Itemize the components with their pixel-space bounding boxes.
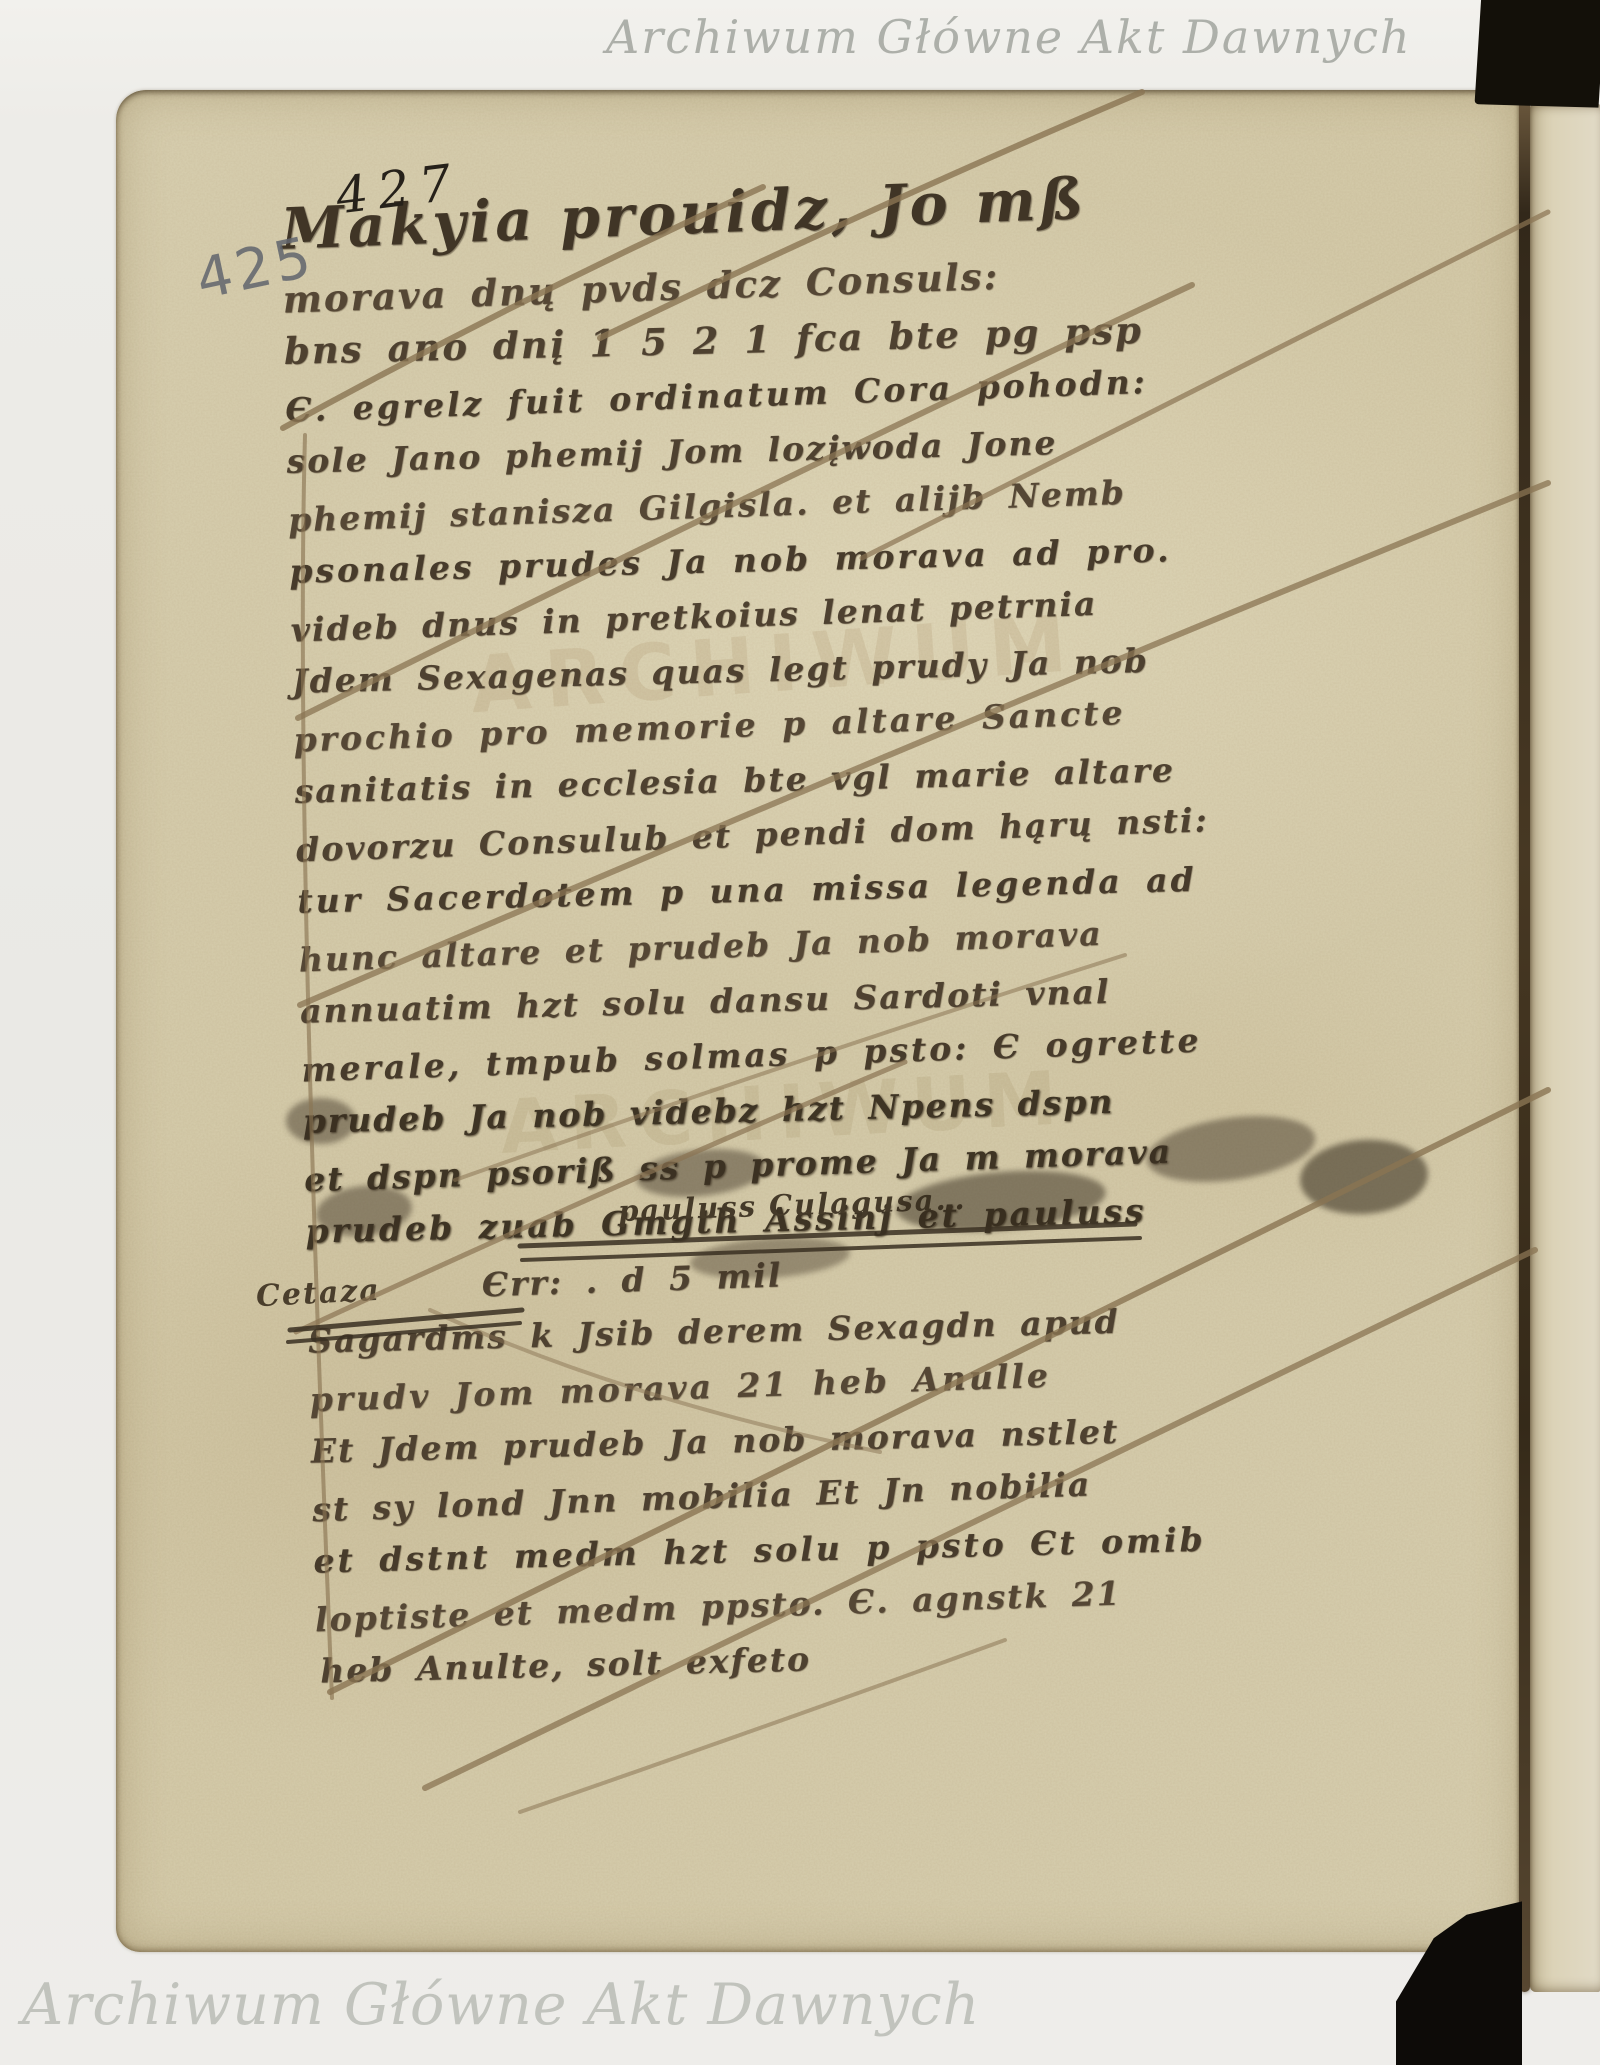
binding-crease	[1519, 100, 1530, 1992]
manuscript-scan: Archiwum Główne Akt Dawnych Archiwum Głó…	[0, 0, 1600, 2065]
margin-annotation: Cetaza	[255, 1273, 381, 1314]
black-clip-top-right	[1475, 0, 1600, 108]
manuscript-text-block: Makyia prouidz, Jo mß morava dnų pvds dc…	[280, 169, 1167, 1698]
manuscript-lines: morava dnų pvds dcz Consuls:bns ano dnį …	[282, 248, 1167, 1698]
ink-blot	[286, 1098, 356, 1144]
adjacent-page-edge	[1530, 104, 1600, 1992]
